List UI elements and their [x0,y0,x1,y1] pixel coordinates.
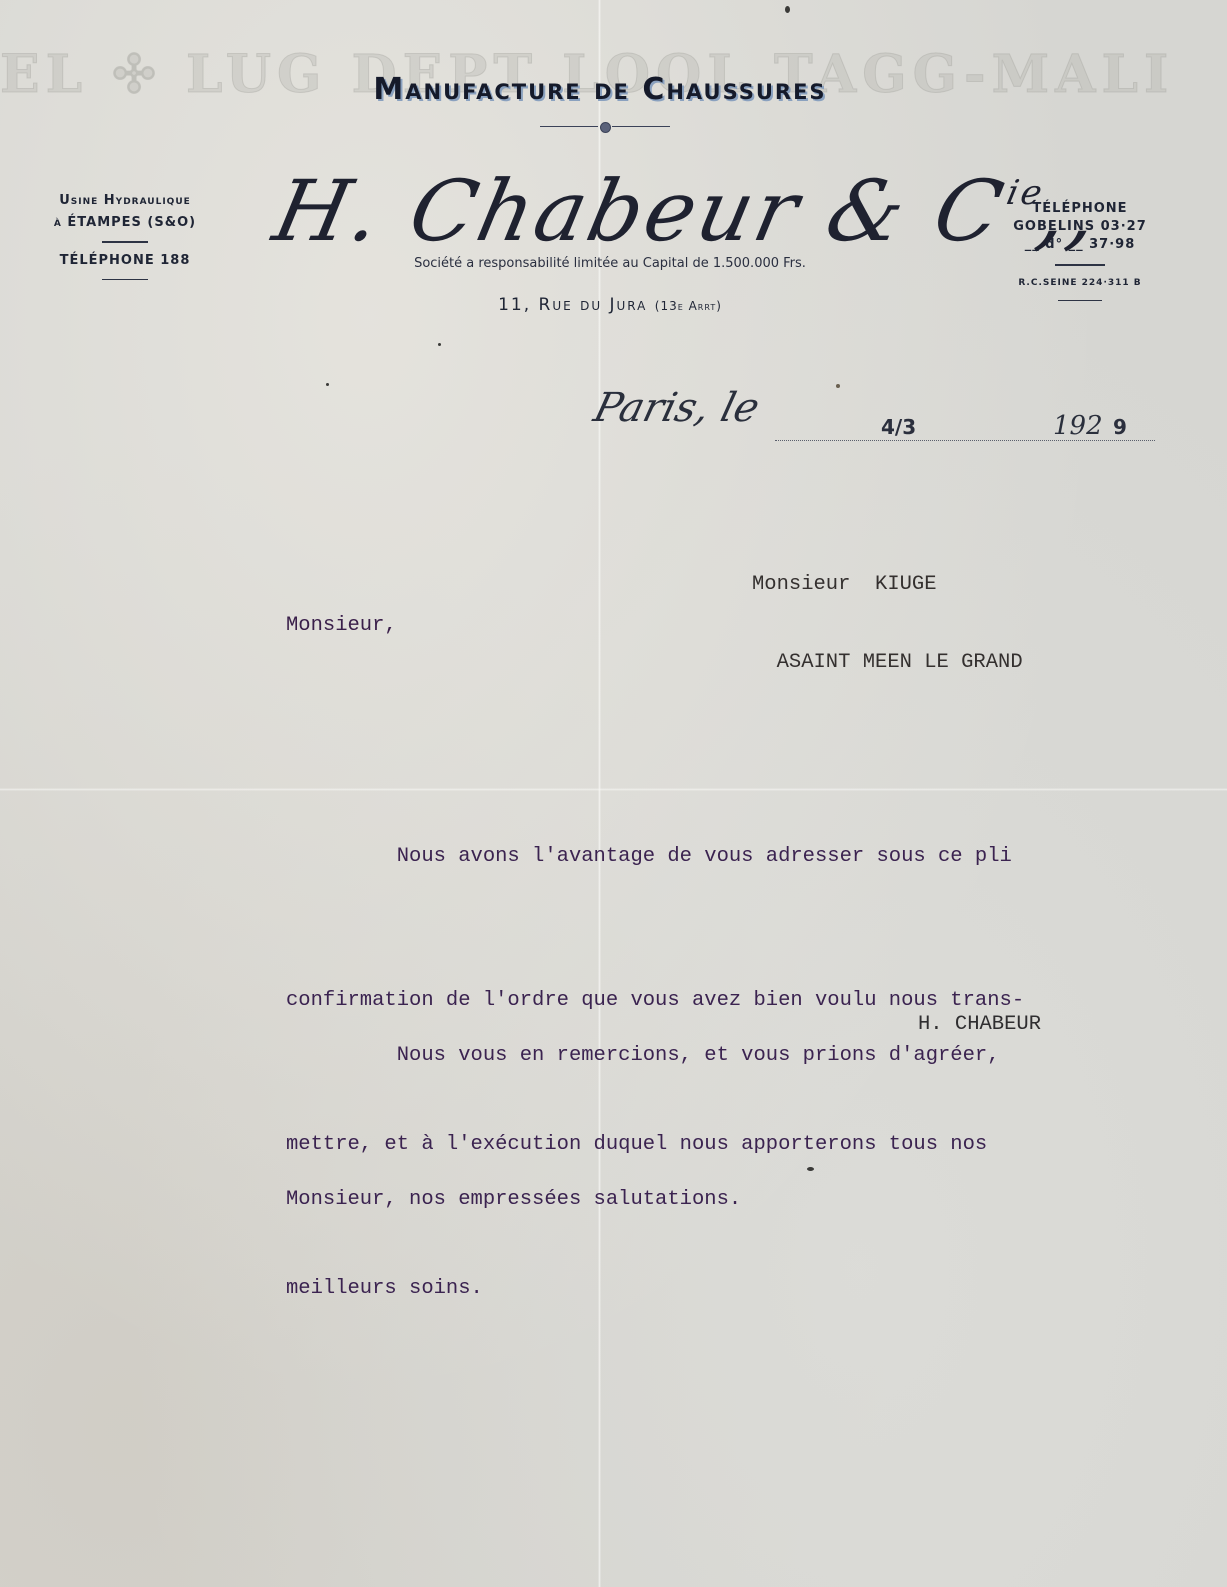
phone-label: TÉLÉPHONE [980,200,1180,218]
phone-number-1: GOBELINS 03·27 [980,218,1180,236]
company-script-name: H. Chabeur & Cie,, [268,138,941,248]
body-line: Monsieur, nos empressées salutations. [286,1176,1000,1224]
factory-phone: TÉLÉPHONE 188 [10,250,240,272]
paper-speck [836,384,840,388]
paper-speck [326,383,329,386]
divider [1058,300,1102,301]
letterhead-title: Manufacture de Chaussures [165,72,1035,107]
divider [1055,264,1105,266]
factory-info: Usine Hydraulique à ÉTAMPES (S&O) TÉLÉPH… [10,190,240,287]
street-address: 11, Rue du Jura [498,295,647,315]
salutation: Monsieur, [286,614,397,637]
recipient-place: ASAINT MEEN LE GRAND [752,650,1023,676]
paper-speck [807,1167,814,1171]
paper-speck [785,6,790,13]
recipient-name: Monsieur KIUGE [752,572,1023,598]
body-line: Nous avons l'avantage de vous adresser s… [286,833,1024,881]
body-line: Nous vous en remercions, et vous prions … [286,1032,1000,1080]
letter-paragraph-2: Nous vous en remercions, et vous prions … [286,936,1000,1272]
divider [102,279,148,280]
contact-info: TÉLÉPHONE GOBELINS 03·27 __ d° __ 37·98 … [980,200,1180,308]
date-year-printed: 192 [1053,411,1103,441]
body-line: meilleurs soins. [286,1265,1024,1313]
signature: H. CHABEUR [918,1013,1041,1036]
arrondissement: (13e Arrt) [655,299,722,313]
factory-location: à ÉTAMPES (S&O) [10,212,240,234]
company-name: H. Chabeur & C [266,162,1014,260]
date-place: Paris, le [589,385,764,431]
date-line: Paris, le 4/3 192 9 [595,385,1155,445]
trade-registry: R.C.SEINE 224·311 B [980,274,1180,292]
divider [102,241,148,243]
factory-type: Usine Hydraulique [10,190,240,212]
date-year-typed: 9 [1113,415,1127,439]
paper-speck [438,343,441,346]
phone-number-2: __ d° __ 37·98 [980,236,1180,254]
date-day-month: 4/3 [881,415,916,439]
recipient-block: Monsieur KIUGE ASAINT MEEN LE GRAND [752,520,1023,702]
company-address: 11, Rue du Jura (13e Arrt) [300,295,920,315]
capital-statement: Société a responsabilité limitée au Capi… [300,256,920,271]
ornament-divider-icon [540,122,670,132]
